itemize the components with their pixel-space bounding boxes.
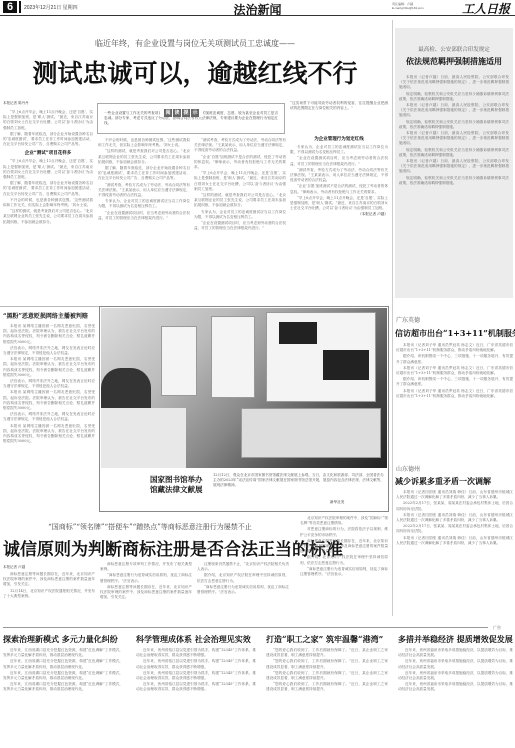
story2-body: 本报讯（记者刘子华 通讯员罗冠英 杨志文）近日，广东省英德市信访超市出台“1+3… <box>396 343 513 453</box>
trademark-column-2: 商标恶意注册专项审判工作情况，并发布了相关典型案例。 “商标恶意注册行为违背诚实… <box>100 562 192 616</box>
sidebar-body: 本报讯（记者卢越）日前，最高人民检察院、公安部联合印发《关于依法规范适用羁押强制… <box>399 75 509 295</box>
sidebar-headline: 依法规范羁押强制措施适用 <box>395 56 513 67</box>
lead-column-1: “早上6点开早会，晚上11点开晚会，还是‘自愿’，实际上是强制加班，是‘职人’测… <box>3 110 93 302</box>
ad-body-1: 近年来，江西省湖口县充分挖掘红色资源，构建“红色调解”工作模式，发挥多元力量化解… <box>3 648 123 744</box>
lead-subhead-1: 企业“测试”项目花样多 <box>3 150 93 156</box>
tip-char: 提 <box>182 109 190 117</box>
lead-source: （本报记者 卢越） <box>290 212 388 217</box>
ad-rule <box>3 627 488 628</box>
ad-headline-2: 科学管理成体系 社会治理见实效 <box>136 634 251 645</box>
ad-label: 广告 <box>491 625 503 631</box>
reading-tip-label: 阅 读 提 示 <box>160 109 203 117</box>
lead-pull-quote: “这类场景下可能导致劳动者权利的侵害，往往提醒企业把测试的范围限定在与岗位相关的… <box>290 101 388 131</box>
masthead-rule <box>0 15 515 16</box>
story2-location: 广东英德 <box>396 315 420 324</box>
lead-headline: 测试忠诚可以，逾越红线不行 <box>0 54 390 90</box>
tip-char: 示 <box>191 109 199 117</box>
photo-title: 国家图书馆举办 馆藏法律文献展 <box>150 475 210 495</box>
ad-body-4: 近年来，贵州省福泉市采取多项措施稳经济，以提质增效为目标，推动经济社会高质量发展… <box>398 648 513 744</box>
lead-column-2: 不开会的时候，也是被各种测试包围。‘这些测试看似和工作无关，但实际上会影响年终考… <box>98 138 190 302</box>
lead-column-3: “测试考查，考验方式成为了劳动法、劳动合同法等有关法律法规。”王某某表示，用人单… <box>194 138 286 302</box>
small-story-body: 本报讯 某网络主播因被一名网友恶意贬损，名誉受损，起诉至法院。法院审理认为，被告… <box>3 324 95 516</box>
photo-credit: 新华社发 <box>330 500 344 505</box>
lead-column-4: 为企业管理行为划定红线 专家认为，企业对员工的忠诚度测试应当以工作岗位为限，不得… <box>290 133 388 303</box>
photo-caption: 12月12日，观众在北京市国家图书馆馆藏法律文献展上参观。当日，由文化和旅游部、… <box>213 473 385 503</box>
lead-byline: 本报记者 陈丹丹 <box>3 101 29 106</box>
trademark-headline: 诚信原则为判断商标注册是否合法正当的标准 <box>3 535 303 560</box>
sidebar-kicker: 最高检、公安部联合印发规定 <box>395 45 513 53</box>
tip-char: 读 <box>173 109 181 117</box>
trademark-column-3: 注册现象仍然屡禁不止，“北京知识产权法院相关负责人表示。 据介绍，北京知识产权法… <box>197 562 289 616</box>
editor-info: 责任编辑：卢越 E-mail:grrblu@163.com <box>392 2 424 10</box>
editor-email: E-mail:grrblu@163.com <box>392 6 424 10</box>
sidebar-box: 最高检、公安部联合印发规定 依法规范羁押强制措施适用 本报讯（记者卢越）日前，最… <box>395 28 513 298</box>
lead-subhead-2: 为企业管理行为划定红线 <box>290 136 388 142</box>
story3-headline: 减少诉累多重矛盾一次调解 <box>395 476 491 487</box>
story3-body: 本报讯（记者田国垒 通讯员刘瑞 韩佳）日前，山东省德州市陵城区人民法院通过一次调… <box>396 490 513 616</box>
ad-body-3: “您的爱心我们收到了，工作后期就有保障了。”近日，某企业职工之家建设成效显著，职… <box>266 648 388 744</box>
tip-char: 阅 <box>164 109 172 117</box>
ad-body-2: 近年来，贵州省榕江县以党建引领为抓手，构建“12345”工作体系，推动社会治理取… <box>136 648 256 744</box>
story3-location: 山东德州 <box>396 464 420 473</box>
small-story-headline: “黑粉”恶意贬损网络主播被判赔 <box>3 311 95 320</box>
ad-headline-3: 打造“职工之家” 筑牢温馨“港湾” <box>266 634 383 645</box>
ad-headline-4: 多措并举稳经济 提质增效促发展 <box>398 634 513 645</box>
exhibition-photo <box>101 308 387 468</box>
trademark-column-4: 北京知识产权法院审理的案件中，涉及“国商标”“领名牌”等各类恶意注册情形。 对恶… <box>300 516 388 616</box>
trademark-kicker: “国商标”“领名牌”“搭便车”“蹭热点”等商标恶意注册行为屡禁不止 <box>0 522 300 532</box>
ad-headline-1: 探索治理新模式 多元力量化纠纷 <box>3 634 118 645</box>
reading-tip-box: 阅 读 提 示 一些企业设置与工作无关的考查项目，“白搭”活动、考查员工的加班忠… <box>97 103 285 134</box>
trademark-byline: 本报记者 卢越 <box>3 565 25 570</box>
trademark-column-1: 商标恶意注册等问题长期存在，近年来，北京知识产权法院审理的案件中，涉及商标恶意注… <box>3 572 95 616</box>
story2-headline: 信访超市出台“1+3+11”机制服务群众 <box>395 328 515 339</box>
lead-kicker: 临近年终，有企业设置与岗位无关项测试员工忠诚度—— <box>0 38 390 49</box>
